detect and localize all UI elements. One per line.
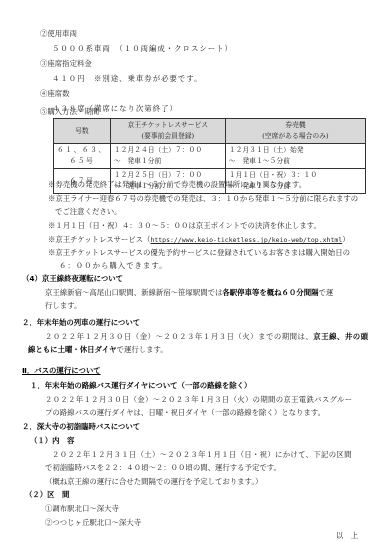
ticketless-url-link[interactable]: https://www.keio-ticketless.jp/keio-web/…: [150, 236, 342, 244]
all-night-heading: （4）京王線終夜運転について: [22, 275, 123, 282]
note-ticket-machine: ※券売機の発売終了は発車１～５分前で券売機の設置場所により異なります。: [48, 181, 306, 188]
fee-heading: ③座席指定料金: [40, 60, 92, 67]
cell-ticketless: １２月２４日（土）７：００ ～ 発車１分前: [110, 144, 225, 169]
section-heading: （２）区 間: [25, 491, 69, 498]
bus-schedule-text: ２０２２年１２月３０日（金）～２０２３年１月３日（火）の期間の京王電鉄バスグルー: [45, 396, 352, 403]
all-night-text-cont: 行します。: [45, 302, 81, 309]
route-chofu: ①調布駅北口～深大寺: [45, 505, 119, 512]
closing-text: 以 上: [336, 532, 358, 539]
year-end-text: ２０２２年１２月３０日（金）～２０２３年１月３日（火）までの期間は、京王線、井の…: [45, 333, 369, 340]
header-number: 号数: [54, 119, 111, 144]
table-header-row: 号数 京王チケットレスサービス (要事前会員登録) 券売機 (空席がある場合のみ…: [54, 119, 366, 144]
note-priority-reservation: ※京王チケットレスサービスの優先予約サービスに登録されているお客さまは購入開始日…: [48, 249, 350, 256]
route-tsutsujigaoka: ②つつじヶ丘駅北口～深大寺: [45, 519, 141, 526]
note-liner-67: ※京王ライナー迎春６７号の券売機での発売は、３：１０から発車１～５分前に限られま…: [48, 195, 358, 202]
year-end-heading: ２．年末年始の列車の運行について: [22, 319, 140, 326]
cell-number: ６１、６３、 ６５号: [54, 144, 111, 169]
fee-value: ４１０円 ※別途、乗車券が必要です。: [52, 75, 202, 82]
cell-ticket-machine: １２月３１日（土）始発 ～ 発車１～５分前: [225, 144, 365, 169]
note-ticketless-link: ※京王チケットレスサービス（https://www.keio-ticketles…: [48, 236, 350, 244]
note-priority-reservation-cont: ６：００から購入できます。: [59, 262, 168, 269]
content-text: ２０２２年１２月３１日（土）～２０２３年１月１日（日・祝）にかけて、下記の区間: [52, 451, 352, 458]
purchase-heading-text: ⑤購入方法・期間: [40, 108, 99, 115]
year-end-text-cont: 線ともに土曜・休日ダイヤで運行します。: [28, 346, 168, 353]
jindaiji-heading: ２．深大寺の初詣臨時バスについて: [22, 423, 140, 430]
content-text-cont: で初詣臨時バスを２２：４０頃～２：００頃の間、運行する予定です。: [45, 464, 281, 471]
content-heading: （１）内 容: [30, 437, 74, 444]
seats-heading: ④座席数: [40, 90, 70, 97]
all-night-text: 京王線新宿～高尾山口駅間、新線新宿～笹塚駅間では各駅停車等を概ね６０分間隔で運: [45, 289, 333, 296]
header-ticket-machine: 券売機 (空席がある場合のみ): [225, 119, 365, 144]
note-keio-point: ※１月１日（日・祝）４：３０～５：００は京王ポイントでの決済を休止します。: [48, 222, 321, 229]
bus-schedule-text-cont: プの路線バスの運行ダイヤは、日曜・祝日ダイヤ（一部の路線を除く）となります。: [45, 409, 325, 416]
bus-heading: Ⅱ．バスの運行について: [22, 367, 101, 374]
header-ticketless: 京王チケットレスサービス (要事前会員登録): [110, 119, 225, 144]
note-liner-67-cont: でご注意ください。: [55, 208, 122, 215]
bus-schedule-heading: １．年末年始の路線バス運行ダイヤについて（一部の路線を除く）: [30, 382, 251, 389]
vehicle-heading: ②使用車両: [40, 30, 77, 37]
vehicle-value: ５０００系車両 （１０両編成・クロスシート）: [52, 45, 233, 52]
content-note: （概ね京王線の運行に合せた間隔での運行を予定しております。）: [45, 478, 262, 485]
table-row: ６１、６３、 ６５号 １２月２４日（土）７：００ ～ 発車１分前 １２月３１日（…: [54, 144, 366, 169]
